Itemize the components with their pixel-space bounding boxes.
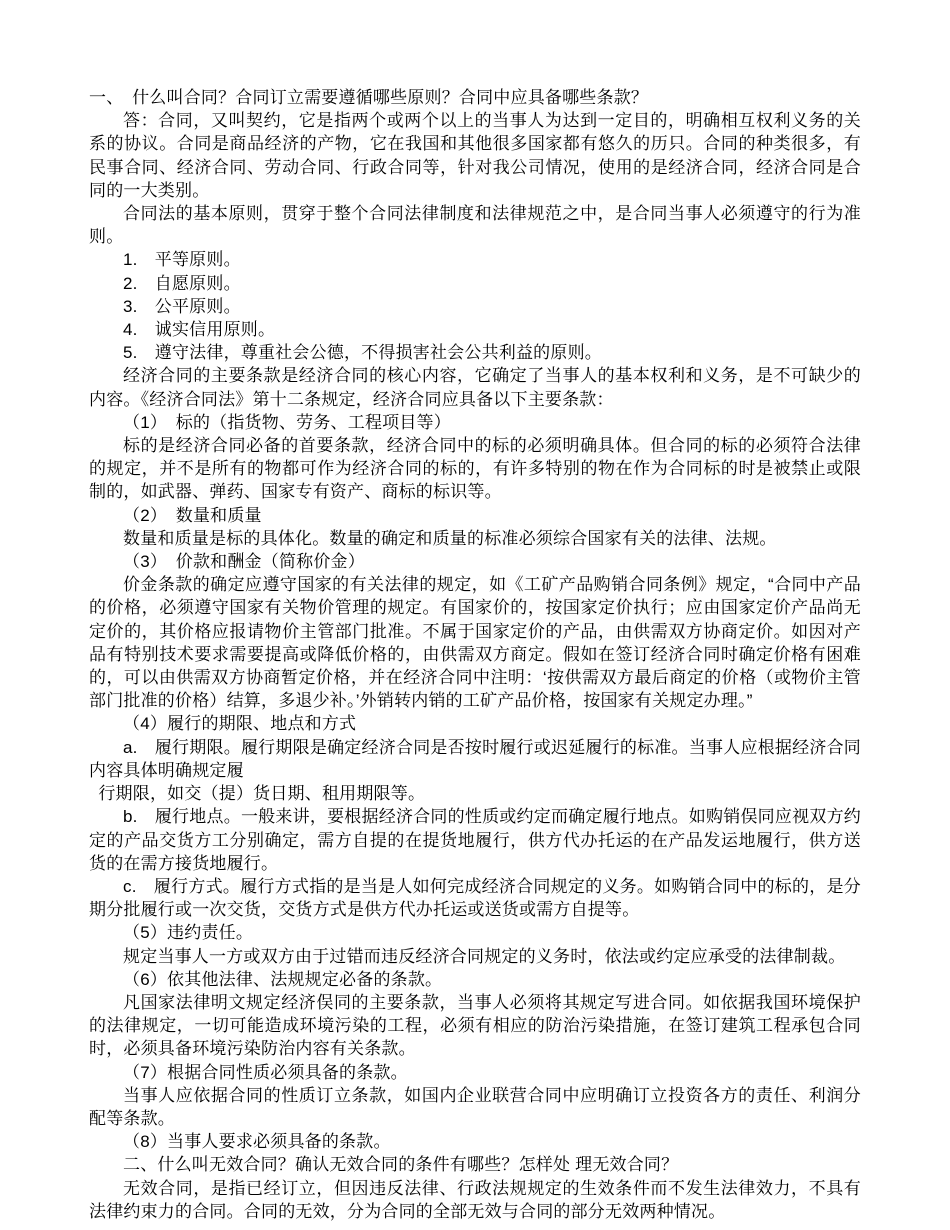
clause-4b-body: b. 履行地点。一般来讲，要根据经济合同的性质或约定而确定履行地点。如购销俣同应… — [89, 805, 861, 875]
main-clauses-intro: 经济合同的主要条款是经济合同的核心内容，它确定了当事人的基本权利和义务，是不可缺… — [89, 364, 861, 410]
principle-item-1: 1. 平等原则。 — [89, 248, 861, 271]
principles-intro: 合同法的基本原则，贯穿于整个合同法律制度和法律规范之中，是合同当事人必须遵守的行… — [89, 202, 861, 248]
clause-3-heading: （3） 价款和酬金（简称价金） — [89, 550, 861, 573]
clause-5-heading: （5）违约责任。 — [89, 921, 861, 944]
principle-item-2: 2. 自愿原则。 — [89, 272, 861, 295]
principle-item-5: 5. 遵守法律，尊重社会公德，不得损害社会公共利益的原则。 — [89, 341, 861, 364]
clause-5-body: 规定当事人一方或双方由于过错而违反经济合同规定的义务时，依法或约定应承受的法律制… — [89, 945, 861, 968]
clause-6-heading: （6）依其他法律、法规规定必备的条款。 — [89, 968, 861, 991]
question-1-heading: 一、 什么叫合同？合同订立需要遵循哪些原则？合同中应具备哪些条款？ — [89, 86, 861, 109]
clause-4-heading: （4）履行的期限、地点和方式 — [89, 712, 861, 735]
clause-1-heading: （1） 标的（指货物、劳务、工程项目等） — [89, 411, 861, 434]
clause-4a-continuation: 行期限，如交（提）货日期、租用期限等。 — [89, 782, 861, 805]
clause-2-heading: （2） 数量和质量 — [89, 504, 861, 527]
clause-6-body: 凡国家法律明文规定经济俣同的主要条款，当事人必须将其规定写进合同。如依据我国环境… — [89, 991, 861, 1061]
principle-item-3: 3. 公平原则。 — [89, 295, 861, 318]
question-1-answer-definition: 答：合同，又叫契约，它是指两个或两个以上的当事人为达到一定目的，明确相互权利义务… — [89, 109, 861, 202]
clause-1-body: 标的是经济合同必备的首要条款，经济合同中的标的必须明确具体。但合同的标的必须符合… — [89, 434, 861, 504]
clause-7-heading: （7）根据合同性质必须具备的条款。 — [89, 1061, 861, 1084]
principle-item-4: 4. 诚实信用原则。 — [89, 318, 861, 341]
document-page: 一、 什么叫合同？合同订立需要遵循哪些原则？合同中应具备哪些条款？答：合同，又叫… — [0, 0, 950, 1230]
clause-4c-body: c. 履行方式。履行方式指的是当是人如何完成经济合同规定的义务。如购销合同中的标… — [89, 875, 861, 921]
clause-4a-body: a. 履行期限。履行期限是确定经济合同是否按时履行或迟延履行的标准。当事人应根据… — [89, 736, 861, 782]
clause-2-body: 数量和质量是标的具体化。数量的确定和质量的标准必须综合国家有关的法律、法规。 — [89, 527, 861, 550]
clause-8-heading: （8）当事人要求必须具备的条款。 — [89, 1130, 861, 1153]
document-body: 一、 什么叫合同？合同订立需要遵循哪些原则？合同中应具备哪些条款？答：合同，又叫… — [89, 86, 861, 1223]
question-2-heading: 二、什么叫无效合同？确认无效合同的条件有哪些？怎样处 理无效合同？ — [89, 1153, 861, 1176]
clause-7-body: 当事人应依据合同的性质订立条款，如国内企业联营合同中应明确订立投资各方的责任、利… — [89, 1084, 861, 1130]
clause-3-body: 价金条款的确定应遵守国家的有关法律的规定，如《工矿产品购销合同条例》规定，“合同… — [89, 573, 861, 712]
question-2-answer: 无效合同，是指已经订立，但因违反法律、行政法规规定的生效条件而不发生法律效力，不… — [89, 1177, 861, 1223]
